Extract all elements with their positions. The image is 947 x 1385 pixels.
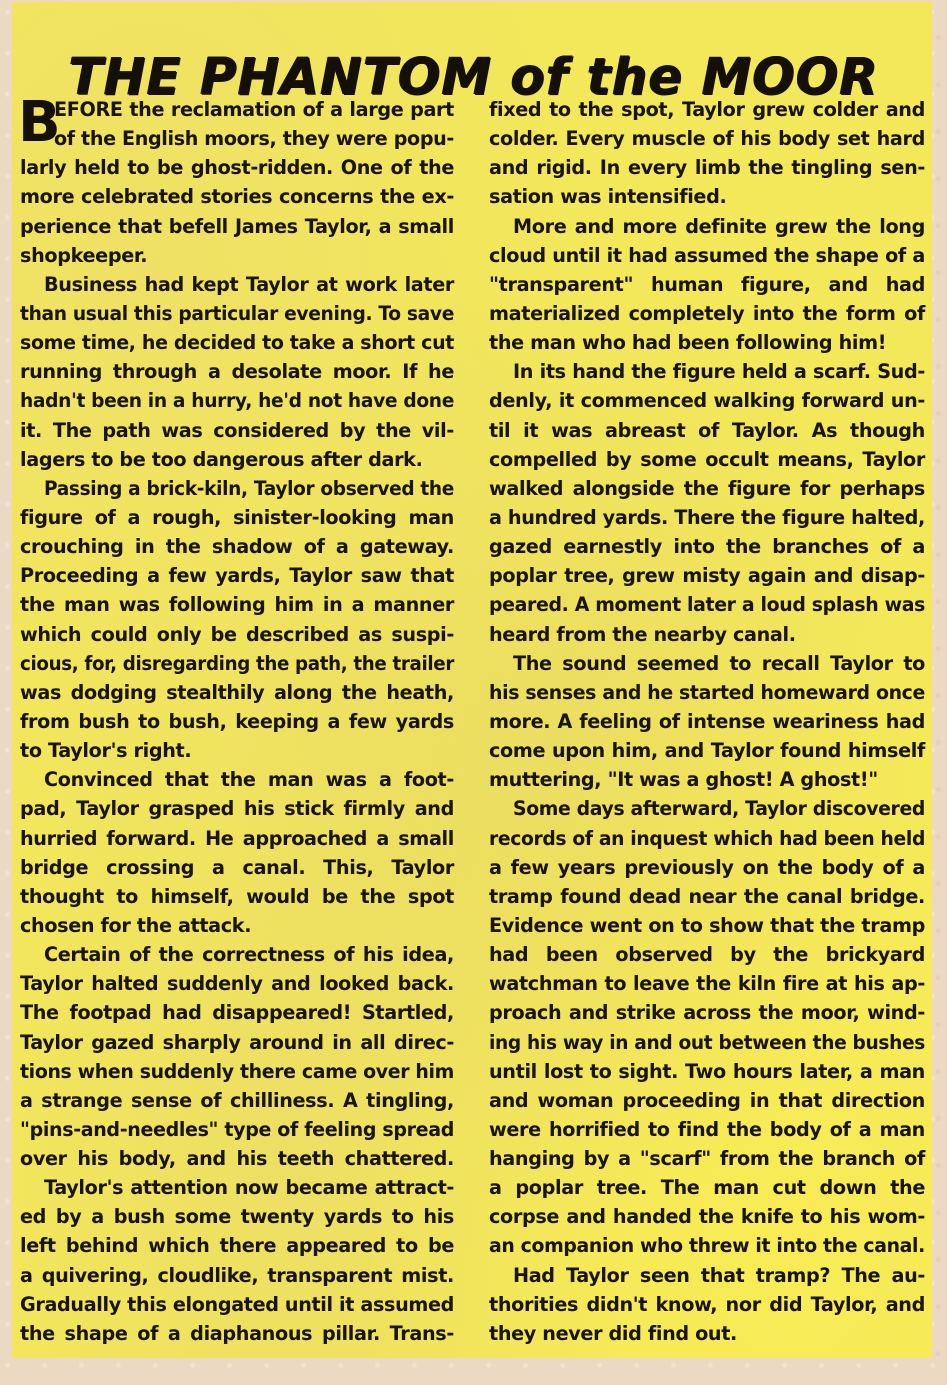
text-line: crouching in the shadow of a gateway. xyxy=(20,532,454,561)
text-line: Evidence went on to show that the tramp xyxy=(489,911,925,940)
text-line: had been observed by the brickyard xyxy=(489,940,925,969)
line-text: figure of a rough, sinister-looking man xyxy=(20,506,454,529)
line-text: shopkeeper. xyxy=(20,244,147,267)
text-line: "transparent" human figure, and had xyxy=(489,270,925,299)
line-text: cious, for, disregarding the path, the t… xyxy=(20,649,454,678)
line-text: fixed to the spot, Taylor grew colder an… xyxy=(489,98,925,121)
line-text: "pins-and-needles" type of feeling sprea… xyxy=(20,1115,454,1144)
line-text: a quivering, cloudlike, transparent mist… xyxy=(20,1264,454,1287)
text-line: cious, for, disregarding the path, the t… xyxy=(20,649,454,678)
line-text: running through a desolate moor. If he xyxy=(20,360,454,383)
text-line: to Taylor's right. xyxy=(20,736,454,765)
line-text: Taylor halted suddenly and looked back. xyxy=(20,972,454,995)
line-text: til it was abreast of Taylor. As though xyxy=(489,419,925,442)
text-line: of the English moors, they were popu- xyxy=(20,124,454,153)
text-line: some time, he decided to take a short cu… xyxy=(20,328,454,357)
line-text: Taylor's attention now became attract- xyxy=(44,1176,454,1199)
text-line: they never did find out. xyxy=(489,1319,925,1348)
text-line: figure of a rough, sinister-looking man xyxy=(20,503,454,532)
line-text: they never did find out. xyxy=(489,1322,737,1345)
line-text: chosen for the attack. xyxy=(20,914,251,937)
text-line: a poplar tree. The man cut down the xyxy=(489,1173,925,1202)
text-line: watchman to leave the kiln fire at his a… xyxy=(489,969,925,998)
text-line: Gradually this elongated until it assume… xyxy=(20,1290,454,1319)
line-text: to Taylor's right. xyxy=(20,739,191,762)
text-line: until lost to sight. Two hours later, a … xyxy=(489,1057,925,1086)
right-column: fixed to the spot, Taylor grew colder an… xyxy=(489,95,925,1348)
line-text: Proceeding a few yards, Taylor saw that xyxy=(20,564,454,587)
line-text: a few years previously on the body of a xyxy=(489,856,925,879)
line-text: it. The path was considered by the vil- xyxy=(20,419,454,442)
text-line: thorities didn't know, nor did Taylor, a… xyxy=(489,1290,925,1319)
text-line: denly, it commenced walking forward un- xyxy=(489,386,925,415)
text-line: walked alongside the figure for perhaps xyxy=(489,474,925,503)
line-text: the man who had been following him! xyxy=(489,331,886,354)
line-text: a poplar tree. The man cut down the xyxy=(489,1176,925,1199)
line-text: of the English moors, they were popu- xyxy=(54,124,454,153)
line-text: denly, it commenced walking forward un- xyxy=(489,389,925,412)
line-text: until lost to sight. Two hours later, a … xyxy=(489,1060,925,1083)
text-line: hanging by a "scarf" from the branch of xyxy=(489,1144,925,1173)
text-line: and woman proceeding in that direction xyxy=(489,1086,925,1115)
text-line: records of an inquest which had been hel… xyxy=(489,824,925,853)
line-text: The footpad had disappeared! Startled, xyxy=(20,1001,454,1024)
line-text: which could only be described as suspi- xyxy=(20,623,454,646)
line-text: muttering, "It was a ghost! A ghost!" xyxy=(489,768,878,791)
text-line: pad, Taylor grasped his stick firmly and xyxy=(20,794,454,823)
text-line: thought to himself, would be the spot xyxy=(20,882,454,911)
text-line: cloud until it had assumed the shape of … xyxy=(489,241,925,270)
line-text: gazed earnestly into the branches of a xyxy=(489,535,925,558)
line-text: EFORE the reclamation of a large part xyxy=(54,98,454,121)
text-line: "pins-and-needles" type of feeling sprea… xyxy=(20,1115,454,1144)
text-line: In its hand the figure held a scarf. Sud… xyxy=(489,357,925,386)
text-line: shopkeeper. xyxy=(20,241,454,270)
line-text: Certain of the correctness of his idea, xyxy=(44,943,454,966)
line-text: Taylor gazed sharply around in all direc… xyxy=(20,1031,454,1054)
text-line: BEFORE the reclamation of a large part xyxy=(20,95,454,124)
line-text: some time, he decided to take a short cu… xyxy=(20,328,454,357)
text-line: a hundred yards. There the figure halted… xyxy=(489,503,925,532)
text-line: colder. Every muscle of his body set har… xyxy=(489,124,925,153)
text-line: ed by a bush some twenty yards to his xyxy=(20,1202,454,1231)
text-line: Some days afterward, Taylor discovered xyxy=(489,794,925,823)
line-text: proach and strike across the moor, wind- xyxy=(489,1001,925,1024)
text-line: materialized completely into the form of xyxy=(489,299,925,328)
text-line: was dodging stealthily along the heath, xyxy=(20,678,454,707)
line-text: bridge crossing a canal. This, Taylor xyxy=(20,856,454,879)
line-text: more. A feeling of intense weariness had xyxy=(489,710,925,733)
text-line: larly held to be ghost-ridden. One of th… xyxy=(20,153,454,182)
text-line: the man was following him in a manner xyxy=(20,590,454,619)
text-line: a strange sense of chilliness. A tinglin… xyxy=(20,1086,454,1115)
line-text: an companion who threw it into the canal… xyxy=(489,1231,925,1260)
line-text: watchman to leave the kiln fire at his a… xyxy=(489,972,925,995)
text-line: more. A feeling of intense weariness had xyxy=(489,707,925,736)
line-text: Gradually this elongated until it assume… xyxy=(20,1290,454,1319)
line-text: ing his way in and out between the bushe… xyxy=(489,1028,925,1057)
line-text: poplar tree, grew misty again and disap- xyxy=(489,564,925,587)
line-text: hurried forward. He approached a small xyxy=(20,827,454,850)
line-text: and woman proceeding in that direction xyxy=(489,1089,925,1112)
text-line: which could only be described as suspi- xyxy=(20,620,454,649)
text-line: running through a desolate moor. If he xyxy=(20,357,454,386)
line-text: larly held to be ghost-ridden. One of th… xyxy=(20,156,454,179)
line-text: perience that befell James Taylor, a sma… xyxy=(20,215,454,238)
text-line: More and more definite grew the long xyxy=(489,212,925,241)
text-line: peared. A moment later a loud splash was xyxy=(489,590,925,619)
line-text: peared. A moment later a loud splash was xyxy=(489,590,925,619)
text-line: Passing a brick-kiln, Taylor observed th… xyxy=(20,474,454,503)
left-column: BEFORE the reclamation of a large partof… xyxy=(20,95,454,1348)
line-text: a strange sense of chilliness. A tinglin… xyxy=(20,1089,454,1112)
line-text: cloud until it had assumed the shape of … xyxy=(489,244,925,267)
line-text: Business had kept Taylor at work later xyxy=(44,273,454,296)
line-text: More and more definite grew the long xyxy=(513,215,925,238)
text-line: the shape of a diaphanous pillar. Trans- xyxy=(20,1319,454,1348)
line-text: materialized completely into the form of xyxy=(489,302,925,325)
text-line: chosen for the attack. xyxy=(20,911,454,940)
text-line: than usual this particular evening. To s… xyxy=(20,299,454,328)
text-line: his senses and he started homeward once xyxy=(489,678,925,707)
text-line: hadn't been in a hurry, he'd not have do… xyxy=(20,386,454,415)
line-text: come upon him, and Taylor found himself xyxy=(489,739,925,762)
text-line: were horrified to find the body of a man xyxy=(489,1115,925,1144)
line-text: heard from the nearby canal. xyxy=(489,623,796,646)
line-text: a hundred yards. There the figure halted… xyxy=(489,503,925,532)
text-line: Certain of the correctness of his idea, xyxy=(20,940,454,969)
text-line: over his body, and his teeth chattered. xyxy=(20,1144,454,1173)
text-line: poplar tree, grew misty again and disap- xyxy=(489,561,925,590)
line-text: were horrified to find the body of a man xyxy=(489,1118,925,1141)
text-line: perience that befell James Taylor, a sma… xyxy=(20,212,454,241)
text-line: an companion who threw it into the canal… xyxy=(489,1231,925,1260)
line-text: tramp found dead near the canal bridge. xyxy=(489,885,925,908)
line-text: and rigid. In every limb the tingling se… xyxy=(489,156,925,179)
line-text: records of an inquest which had been hel… xyxy=(489,824,925,853)
line-text: thorities didn't know, nor did Taylor, a… xyxy=(489,1293,925,1316)
line-text: the man was following him in a manner xyxy=(20,593,454,616)
text-line: come upon him, and Taylor found himself xyxy=(489,736,925,765)
line-text: compelled by some occult means, Taylor xyxy=(489,448,925,471)
line-text: tions when suddenly there came over him xyxy=(20,1057,454,1086)
text-line: tramp found dead near the canal bridge. xyxy=(489,882,925,911)
line-text: his senses and he started homeward once xyxy=(489,678,925,707)
line-text: thought to himself, would be the spot xyxy=(20,885,454,908)
text-line: corpse and handed the knife to his wom- xyxy=(489,1202,925,1231)
text-line: Taylor's attention now became attract- xyxy=(20,1173,454,1202)
text-line: sation was intensified. xyxy=(489,182,925,211)
line-text: left behind which there appeared to be xyxy=(20,1234,454,1257)
text-line: Convinced that the man was a foot- xyxy=(20,765,454,794)
text-line: a few years previously on the body of a xyxy=(489,853,925,882)
text-line: compelled by some occult means, Taylor xyxy=(489,445,925,474)
text-line: muttering, "It was a ghost! A ghost!" xyxy=(489,765,925,794)
line-text: The sound seemed to recall Taylor to xyxy=(513,652,925,675)
line-text: crouching in the shadow of a gateway. xyxy=(20,535,454,558)
text-line: tions when suddenly there came over him xyxy=(20,1057,454,1086)
text-line: Business had kept Taylor at work later xyxy=(20,270,454,299)
text-line: and rigid. In every limb the tingling se… xyxy=(489,153,925,182)
line-text: the shape of a diaphanous pillar. Trans- xyxy=(20,1322,454,1345)
text-line: the man who had been following him! xyxy=(489,328,925,357)
text-line: fixed to the spot, Taylor grew colder an… xyxy=(489,95,925,124)
line-text: Had Taylor seen that tramp? The au- xyxy=(513,1264,925,1287)
line-text: than usual this particular evening. To s… xyxy=(20,299,454,328)
text-line: til it was abreast of Taylor. As though xyxy=(489,416,925,445)
line-text: sation was intensified. xyxy=(489,185,726,208)
line-text: pad, Taylor grasped his stick firmly and xyxy=(20,797,454,820)
line-text: Some days afterward, Taylor discovered xyxy=(513,794,925,823)
text-line: Taylor halted suddenly and looked back. xyxy=(20,969,454,998)
line-text: was dodging stealthily along the heath, xyxy=(20,681,454,704)
text-line: proach and strike across the moor, wind- xyxy=(489,998,925,1027)
text-line: gazed earnestly into the branches of a xyxy=(489,532,925,561)
text-line: ing his way in and out between the bushe… xyxy=(489,1028,925,1057)
text-line: more celebrated stories concerns the ex- xyxy=(20,182,454,211)
line-text: hadn't been in a hurry, he'd not have do… xyxy=(20,386,454,415)
text-line: a quivering, cloudlike, transparent mist… xyxy=(20,1261,454,1290)
text-line: left behind which there appeared to be xyxy=(20,1231,454,1260)
text-line: Taylor gazed sharply around in all direc… xyxy=(20,1028,454,1057)
text-line: bridge crossing a canal. This, Taylor xyxy=(20,853,454,882)
text-line: Proceeding a few yards, Taylor saw that xyxy=(20,561,454,590)
text-line: hurried forward. He approached a small xyxy=(20,824,454,853)
text-line: heard from the nearby canal. xyxy=(489,620,925,649)
text-line: The footpad had disappeared! Startled, xyxy=(20,998,454,1027)
line-text: Convinced that the man was a foot- xyxy=(44,768,454,791)
text-line: The sound seemed to recall Taylor to xyxy=(489,649,925,678)
line-text: "transparent" human figure, and had xyxy=(489,273,925,296)
line-text: ed by a bush some twenty yards to his xyxy=(20,1205,454,1228)
line-text: corpse and handed the knife to his wom- xyxy=(489,1205,925,1228)
line-text: had been observed by the brickyard xyxy=(489,943,925,966)
line-text: colder. Every muscle of his body set har… xyxy=(489,127,925,150)
text-line: lagers to be too dangerous after dark. xyxy=(20,445,454,474)
line-text: Passing a brick-kiln, Taylor observed th… xyxy=(44,474,454,503)
line-text: walked alongside the figure for perhaps xyxy=(489,477,925,500)
line-text: hanging by a "scarf" from the branch of xyxy=(489,1147,925,1170)
text-line: it. The path was considered by the vil- xyxy=(20,416,454,445)
line-text: over his body, and his teeth chattered. xyxy=(20,1147,454,1170)
line-text: more celebrated stories concerns the ex- xyxy=(20,185,454,208)
text-line: Had Taylor seen that tramp? The au- xyxy=(489,1261,925,1290)
text-line: from bush to bush, keeping a few yards xyxy=(20,707,454,736)
line-text: In its hand the figure held a scarf. Sud… xyxy=(513,360,925,383)
line-text: Evidence went on to show that the tramp xyxy=(489,914,925,937)
line-text: lagers to be too dangerous after dark. xyxy=(20,448,423,471)
line-text: from bush to bush, keeping a few yards xyxy=(20,710,454,733)
